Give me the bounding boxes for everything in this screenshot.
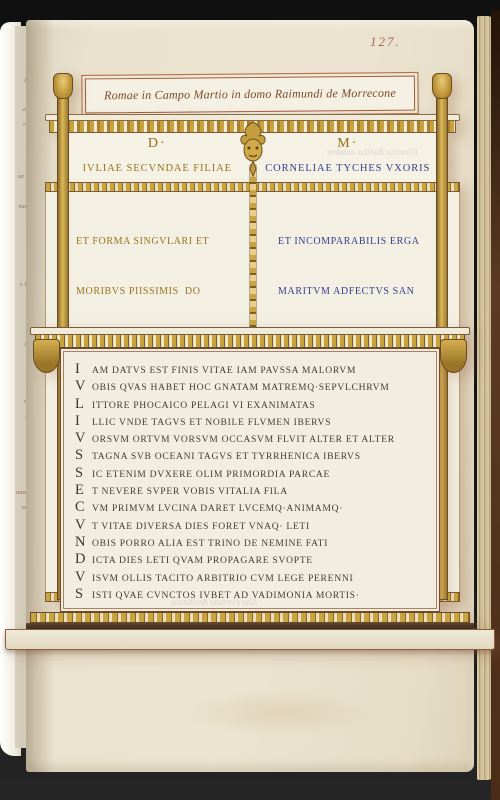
verse-text: IC ETENIM DVXERE OLIM PRIMORDIA PARCAE bbox=[92, 469, 330, 480]
verse-line: SIC ETENIM DVXERE OLIM PRIMORDIA PARCAE bbox=[75, 464, 427, 481]
location-caption: Romae in Campo Martio in domo Raimundi d… bbox=[104, 86, 396, 104]
verse-line: IAM DATVS EST FINIS VITAE IAM PAVSSA MAL… bbox=[75, 360, 427, 377]
verse-text: T VITAE DIVERSA DIES FORET VNAQ· LETI bbox=[92, 521, 310, 532]
acrostic-initial: E bbox=[75, 482, 87, 499]
left-console-icon bbox=[33, 339, 60, 373]
acrostic-initial: V bbox=[75, 430, 87, 447]
base-plinth bbox=[5, 629, 495, 650]
verse-line: VT VITAE DIVERSA DIES FORET VNAQ· LETI bbox=[75, 516, 427, 533]
acrostic-initial: V bbox=[75, 378, 87, 395]
acrostic-initial: S bbox=[75, 465, 87, 482]
folio-number: 127. bbox=[370, 34, 401, 50]
name-julia-secunda: IVLIAE SECVNDAE FILIAE bbox=[62, 163, 253, 174]
left-capital-icon bbox=[53, 73, 73, 99]
verse-text: AM DATVS EST FINIS VITAE IAM PAVSSA MALO… bbox=[92, 365, 356, 376]
base-bead-molding bbox=[30, 612, 470, 623]
verse-line: STAGNA SVB OCEANI TAGVS ET TYRRHENICA IB… bbox=[75, 446, 427, 463]
verse-text: ISVM OLLIS TACITO ARBITRIO CVM LEGE PERE… bbox=[92, 573, 353, 584]
inscription-line: ET FORMA SINGVLARI ET bbox=[76, 234, 252, 251]
acrostic-initial: I bbox=[75, 361, 87, 378]
location-cartouche: Romae in Campo Martio in domo Raimundi d… bbox=[85, 76, 415, 114]
inscription-line: MARITVM ADFECTVS SAN bbox=[278, 284, 427, 301]
verse-line: CVM PRIMVM LVCINA DARET LVCEMQ·ANIMAMQ· bbox=[75, 498, 427, 515]
acrostic-initial: C bbox=[75, 499, 87, 516]
acrostic-initial: V bbox=[75, 569, 87, 586]
dedication-d: D· bbox=[62, 136, 253, 155]
verse-line: NOBIS PORRO ALIA EST TRINO DE NEMINE FAT… bbox=[75, 533, 427, 550]
verse-line: VORSVM ORTVM VORSVM OCCASVM FLVIT ALTER … bbox=[75, 429, 427, 446]
verse-line: VISVM OLLIS TACITO ARBITRIO CVM LEGE PER… bbox=[75, 568, 427, 585]
grotesque-mask-icon bbox=[236, 121, 270, 182]
parchment-stain bbox=[180, 690, 380, 736]
right-capital-icon bbox=[432, 73, 452, 99]
acrostic-initial: L bbox=[75, 396, 87, 413]
lower-cornice-fillet bbox=[30, 327, 470, 335]
acrostic-initial: S bbox=[75, 447, 87, 464]
epitaph-verse-panel: IAM DATVS EST FINIS VITAE IAM PAVSSA MAL… bbox=[60, 348, 440, 612]
ink-bleedthrough-upper: Olearius Barlius eandem bbox=[327, 147, 418, 157]
verse-line: LITTORE PHOCAICO PELAGI VI EXANIMATAS bbox=[75, 395, 427, 412]
inscription-line: ET INCOMPARABILIS ERGA bbox=[278, 234, 427, 251]
verse-text: LLIC VNDE TAGVS ET NOBILE FLVMEN IBERVS bbox=[92, 417, 331, 428]
verse-line: VOBIS QVAS HABET HOC GNATAM MATREMQ·SEPV… bbox=[75, 377, 427, 394]
dedication-frieze: Olearius Barlius eandem D· M· IVLIAE SEC… bbox=[61, 133, 444, 182]
verse-text: OBIS PORRO ALIA EST TRINO DE NEMINE FATI bbox=[92, 538, 328, 549]
acrostic-initial: V bbox=[75, 517, 87, 534]
lower-cornice-egg-and-dart bbox=[35, 335, 465, 348]
acrostic-initial: S bbox=[75, 586, 87, 603]
acrostic-initial: D bbox=[75, 551, 87, 568]
upper-cornice-fillet bbox=[45, 114, 460, 121]
right-console-icon bbox=[440, 339, 467, 373]
name-cornelia-tyche: CORNELIAE TYCHES VXORIS bbox=[253, 163, 444, 174]
ink-bleedthrough-lower: Sixe Fortuna Arellianus bbox=[171, 597, 257, 607]
inscription-line: MORIBVS PIISSIMIS DO bbox=[76, 284, 252, 301]
verse-line: DICTA DIES LETI QVAM PROPAGARE SVOPTE bbox=[75, 550, 427, 567]
lower-tablet: IAM DATVS EST FINIS VITAE IAM PAVSSA MAL… bbox=[30, 327, 470, 650]
verse-text: TAGNA SVB OCEANI TAGVS ET TYRRHENICA IBE… bbox=[92, 451, 361, 462]
verse-text: T NEVERE SVPER VOBIS VITALIA FILA bbox=[92, 486, 288, 497]
verse-text: ORSVM ORTVM VORSVM OCCASVM FLVIT ALTER E… bbox=[92, 434, 395, 445]
book-cover-edge bbox=[491, 10, 500, 800]
verse-line: ILLIC VNDE TAGVS ET NOBILE FLVMEN IBERVS bbox=[75, 412, 427, 429]
acrostic-initial: I bbox=[75, 413, 87, 430]
verse-line: ET NEVERE SVPER VOBIS VITALIA FILA bbox=[75, 481, 427, 498]
verse-text: ICTA DIES LETI QVAM PROPAGARE SVOPTE bbox=[92, 555, 313, 566]
verse-text: VM PRIMVM LVCINA DARET LVCEMQ·ANIMAMQ· bbox=[92, 503, 343, 514]
verse-text: ITTORE PHOCAICO PELAGI VI EXANIMATAS bbox=[92, 400, 315, 411]
verse-text: OBIS QVAS HABET HOC GNATAM MATREMQ·SEPVL… bbox=[92, 382, 389, 393]
acrostic-initial: N bbox=[75, 534, 87, 551]
